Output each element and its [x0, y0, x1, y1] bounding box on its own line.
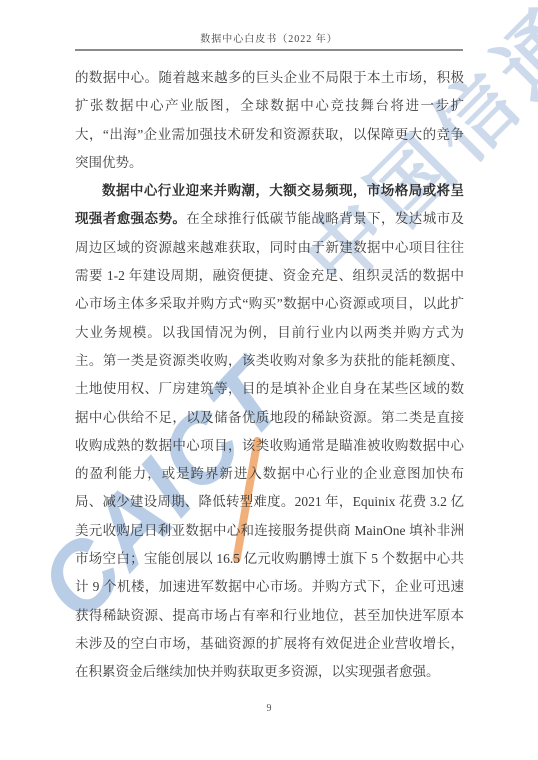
body-text: 的数据中心。随着越来越多的巨头企业不局限于本土市场，积极扩张数据中心产业版图，全…: [75, 64, 464, 687]
paragraph-body-text: 在全球推行低碳节能战略背景下，发达城市及周边区域的资源越来越难获取，同时由于新建…: [75, 211, 464, 679]
page-number: 9: [0, 703, 538, 714]
page-header-title: 数据中心白皮书（2022 年）: [75, 34, 463, 46]
paragraph-mergers: 数据中心行业迎来并购潮，大额交易频现，市场格局或将呈现强者愈强态势。在全球推行低…: [75, 177, 464, 686]
document-page: 中国信通院 CAICT 数据中心白皮书（2022 年） 的数据中心。随着越来越多…: [0, 0, 538, 760]
header-divider-rule: [75, 49, 463, 51]
paragraph-continuation: 的数据中心。随着越来越多的巨头企业不局限于本土市场，积极扩张数据中心产业版图，全…: [75, 64, 464, 177]
